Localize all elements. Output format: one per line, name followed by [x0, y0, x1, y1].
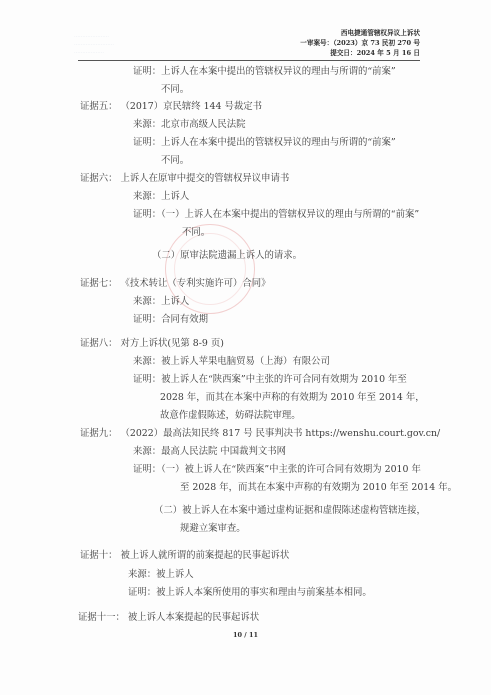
- document-line: 来源：最高人民法院 中国裁判文书网: [133, 446, 286, 458]
- document-line: 证据五： （2017）京民辖终 144 号裁定书: [80, 101, 262, 113]
- document-line: 来源：上诉人: [133, 296, 189, 308]
- document-title: 西电捷通管辖权异议上诉状: [300, 28, 420, 38]
- document-line: 证明：（一）上诉人在本案中提出的管辖权异议的理由与所谓的“前案”: [133, 209, 419, 221]
- document-line: 至 2028 年，而其在本案中声称的有效期为 2010 年至 2014 年。: [180, 482, 457, 494]
- header-divider: [78, 60, 420, 61]
- document-line: 证据七： 《技术转让（专利实施许可）合同》: [80, 278, 270, 290]
- document-line: 证明：被上诉人本案所使用的事实和理由与前案基本相同。: [128, 587, 372, 599]
- document-line: （二）被上诉人在本案中通过虚构证据和虚假陈述虚构管辖连接，: [154, 505, 426, 517]
- document-line: 不同。: [161, 84, 189, 96]
- bleed-line: …………………: [74, 32, 169, 40]
- bleed-through-text: ………………… …………………… ………………: [74, 32, 169, 56]
- document-line: 不同。: [161, 155, 189, 167]
- document-line: 来源：被上诉人苹果电脑贸易（上海）有限公司: [133, 356, 330, 368]
- document-line: 来源：上诉人: [133, 191, 189, 203]
- document-line: （二）原审法院遗漏上诉人的请求。: [152, 250, 302, 262]
- document-line: 证明：被上诉人在“陕西案”中主张的许可合同有效期为 2010 年至: [133, 374, 407, 386]
- document-line: 证明：合同有效期: [133, 314, 208, 326]
- submit-date: 提交日：2024 年 5 月 16 日: [300, 48, 420, 58]
- document-line: 证明：上诉人在本案中提出的管辖权异议的理由与所谓的“前案”: [133, 137, 396, 149]
- document-line: 来源：被上诉人: [128, 569, 194, 581]
- document-line: 来源：北京市高级人民法院: [133, 119, 246, 131]
- document-line: 证据十一： 被上诉人本案提起的民事起诉状: [78, 612, 259, 624]
- document-line: 证明：上诉人在本案中提出的管辖权异议的理由与所谓的“前案”: [133, 66, 396, 78]
- document-line: 2028 年，而其在本案中声称的有效期为 2010 年至 2014 年，: [160, 392, 425, 404]
- page-number: 10 / 11: [0, 631, 491, 639]
- case-number: 一审案号：（2023）京 73 民初 270 号: [300, 38, 420, 48]
- document-line: 证据九： （2022）最高法知民终 817 号 民事判决书 https://we…: [80, 428, 440, 440]
- document-header: 西电捷通管辖权异议上诉状 一审案号：（2023）京 73 民初 270 号 提交…: [300, 28, 420, 58]
- document-line: 规避立案审查。: [180, 523, 246, 535]
- document-line: 证据六： 上诉人在原审中提交的管辖权异议申请书: [80, 173, 289, 185]
- document-line: 证明：（一）被上诉人在“陕西案”中主张的许可合同有效期为 2010 年: [133, 464, 421, 476]
- document-line: 证据十： 被上诉人就所谓的前案提起的民事起诉状: [80, 550, 289, 562]
- document-line: 故意作虚假陈述，妨碍法院审理。: [160, 410, 301, 422]
- document-page: ………………… …………………… ……………… 西电捷通管辖权异议上诉状 一审案…: [0, 0, 491, 695]
- bleed-line: ……………………: [74, 40, 169, 48]
- bleed-line: ………………: [74, 48, 169, 56]
- document-line: 证据八： 对方上诉状(见第 8-9 页): [80, 338, 224, 350]
- document-line: 不同。: [182, 227, 210, 239]
